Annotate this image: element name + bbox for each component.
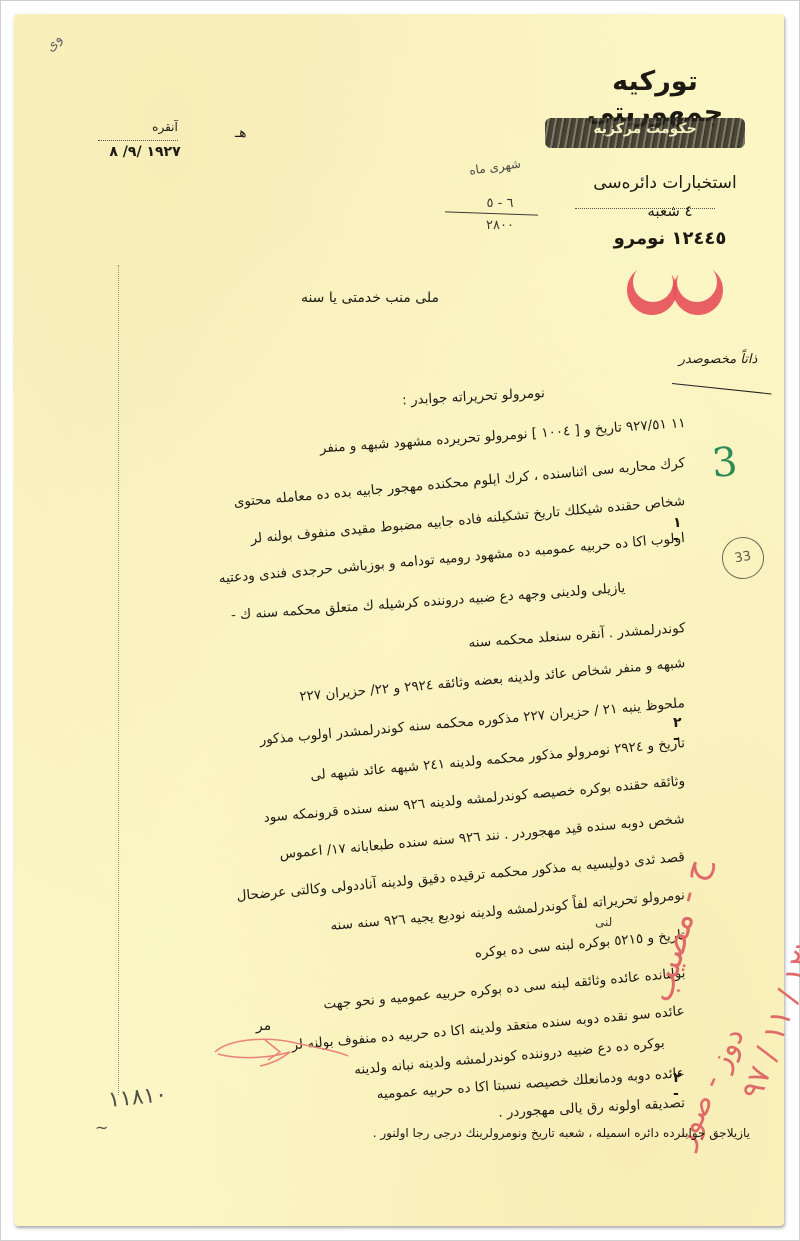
department-name: استخبارات دائرەسى: [585, 173, 745, 193]
pencil-fraction-top: ٦ - ٥: [470, 196, 530, 211]
crescent-stamp-icon: [625, 262, 725, 318]
document-number: ١٢٤٤٥ نومرو: [610, 228, 730, 249]
left-margin-rule: [118, 265, 119, 1095]
item-number: ٢ -: [673, 715, 685, 747]
date-divider: [98, 140, 178, 141]
margin-note: ذاتاً مخصوصدر: [668, 352, 768, 367]
pencil-squiggle: ~: [95, 1118, 108, 1137]
pencil-fraction-bottom: ٢٨٠٠: [470, 218, 530, 233]
red-signature-scribble-icon: [210, 1030, 350, 1070]
letterhead-emblem-band: حكومت مركزيه: [545, 118, 745, 148]
salutation: ملى منب خدمتى يا سنه: [290, 290, 450, 306]
red-pencil-annotation: ح - مصيب دوز - صوز ١٢٧ / ١١ / ٩٧: [585, 880, 785, 1220]
item-number: ١ -: [673, 515, 685, 547]
footer-instruction: يازيلاجق جوابلرده دائره اسميله ، شعبه تا…: [190, 1126, 750, 1140]
green-pencil-mark: 3: [710, 439, 739, 487]
date-suffix: هـ: [235, 125, 246, 141]
city-label: آنقره: [130, 120, 200, 134]
branch-label: ٤ شعبه: [620, 202, 720, 220]
document-date: ١٩٢٧ /٩/ ٨: [100, 144, 190, 160]
emblem-band-text: حكومت مركزيه: [545, 121, 745, 137]
